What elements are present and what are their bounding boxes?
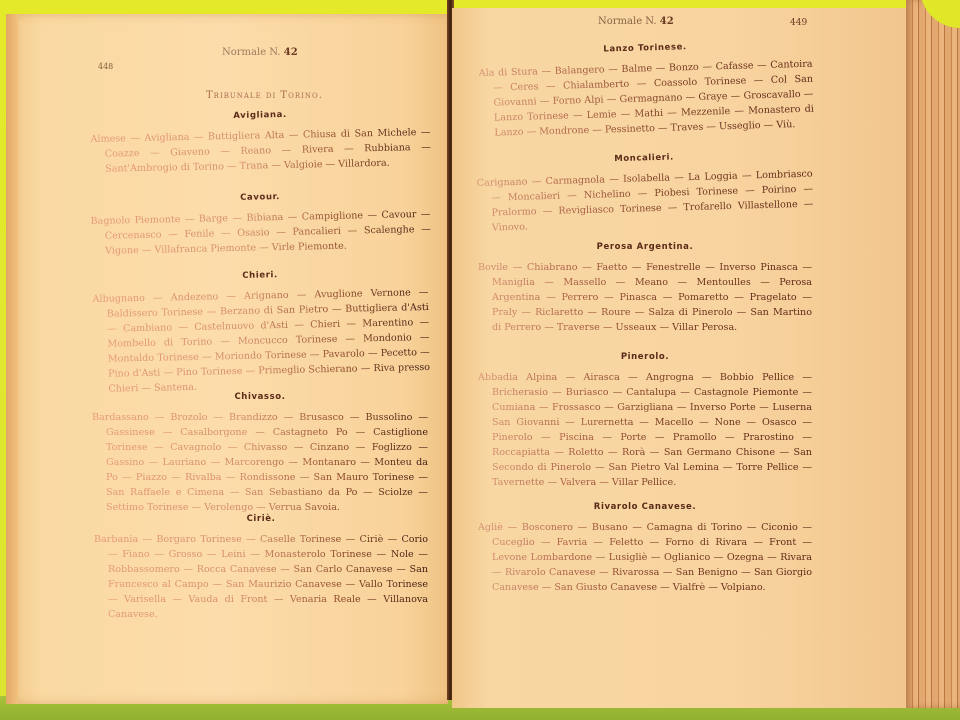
section-title: Chivasso. [92,392,428,402]
section-perosa-argentina: Perosa Argentina. Bovile — Chiabrano — F… [478,242,812,335]
section-title: Avigliana. [90,107,430,124]
court-title: Tribunale di Torino. [206,90,323,101]
left-page-number: 448 [98,62,113,71]
open-book-photo: 448 Normale N. 42 Tribunale di Torino. A… [0,0,960,720]
section-chivasso: Chivasso. Bardassano — Brozolo — Brandiz… [92,392,428,515]
section-chieri: Chieri. Albugnano — Andezeno — Arignano … [92,267,431,397]
right-running-head: Normale N. 42 [598,16,674,27]
section-text: Abbadia Alpina — Airasca — Angrogna — Bo… [478,370,812,490]
page-stack-edge [906,0,960,708]
running-head-number: 42 [660,16,674,27]
section-title: Pinerolo. [478,352,812,362]
left-page-edge [6,14,18,704]
section-text: Bovile — Chiabrano — Faetto — Fenestrell… [478,260,812,335]
left-page: 448 Normale N. 42 Tribunale di Torino. A… [6,14,448,704]
section-title: Rivarolo Canavese. [478,502,812,512]
section-title: Ciriè. [94,514,428,524]
section-text: Albugnano — Andezeno — Arignano — Avugli… [92,285,430,397]
section-title: Perosa Argentina. [478,242,812,252]
section-text: Almese — Avigliana — Buttigliera Alta — … [90,125,431,177]
running-head-number: 42 [284,47,298,58]
section-text: Ala di Stura — Balangero — Balme — Bonzo… [479,57,815,141]
section-lanzo-torinese: Lanzo Torinese. Ala di Stura — Balangero… [478,39,814,141]
section-pinerolo: Pinerolo. Abbadia Alpina — Airasca — Ang… [478,352,812,490]
running-head-label: Normale N. [598,16,657,27]
section-moncalieri: Moncalieri. Carignano — Carmagnola — Iso… [476,149,814,236]
section-text: Bardassano — Brozolo — Brandizzo — Brusa… [92,410,428,515]
section-cirie: Ciriè. Barbania — Borgaro Torinese — Cas… [94,514,428,622]
right-page: Normale N. 42 449 Lanzo Torinese. Ala di… [452,8,908,708]
section-text: Agliè — Bosconero — Busano — Camagna di … [478,520,812,595]
section-text: Carignano — Carmagnola — Isolabella — La… [477,167,815,236]
section-title: Cavour. [90,189,430,206]
running-head-label: Normale N. [222,47,281,58]
left-running-head: Normale N. 42 [222,47,298,58]
section-title: Moncalieri. [476,149,812,168]
section-rivarolo-canavese: Rivarolo Canavese. Agliè — Bosconero — B… [478,502,812,595]
section-title: Chieri. [92,267,428,284]
section-title: Lanzo Torinese. [478,39,812,58]
section-avigliana: Avigliana. Almese — Avigliana — Buttigli… [90,107,431,177]
section-cavour: Cavour. Bagnolo Piemonte — Barge — Bibia… [90,189,431,259]
section-text: Bagnolo Piemonte — Barge — Bibiana — Cam… [90,207,431,259]
right-page-number: 449 [790,18,807,28]
section-text: Barbania — Borgaro Torinese — Caselle To… [94,532,428,622]
